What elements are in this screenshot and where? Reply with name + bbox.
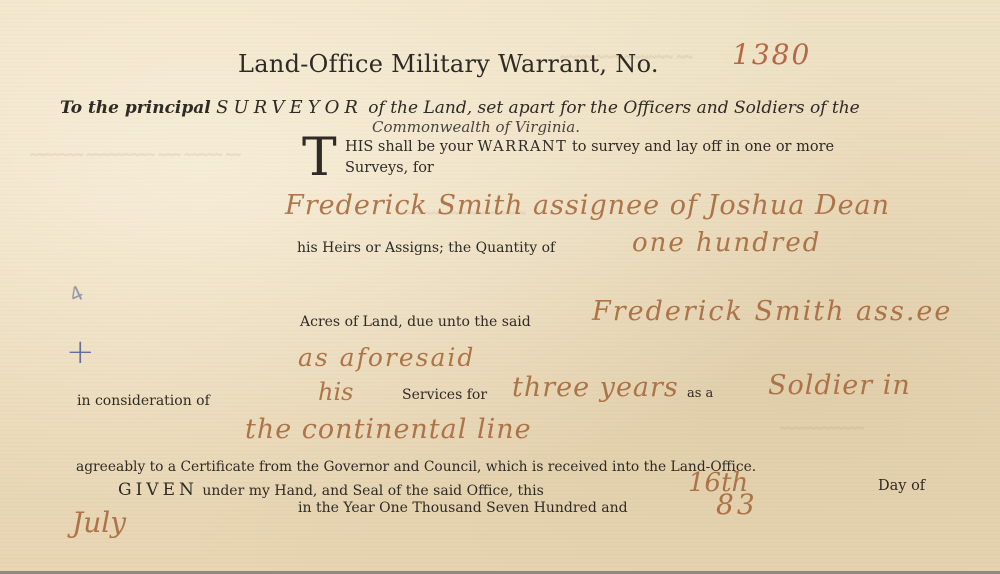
intro-line-1: HIS shall be your WARRANT to survey and … xyxy=(345,139,834,155)
address-line: To the principal SURVEYOR of the Land, s… xyxy=(60,97,860,118)
address-prefix: To the principal xyxy=(60,98,211,118)
bleed-through-text: ~~~~~~~ ~~~~~~~~~ ~~~ ~~~~~ ~~ xyxy=(30,148,241,164)
certificate-line: agreeably to a Certificate from the Gove… xyxy=(76,459,756,475)
line-handwritten: the continental line xyxy=(245,414,532,445)
warrant-document: ~~~~ ~~~ ~~~~~~ ~~ ~~~~~~~ ~~~~~~~~~ ~~~… xyxy=(0,0,1000,574)
drop-cap: T xyxy=(302,132,337,184)
day-of-label: Day of xyxy=(878,478,925,494)
role-handwritten: Soldier in xyxy=(768,370,911,401)
address-suffix: of the Land, set apart for the Officers … xyxy=(368,98,859,118)
acres-label: Acres of Land, due unto the said xyxy=(300,314,531,330)
intro-text-rest: to survey and lay off in one or more xyxy=(572,139,834,155)
given-label: GIVEN xyxy=(118,480,198,500)
blue-cross-mark: + xyxy=(66,332,95,372)
given-rest: under my Hand, and Seal of the said Offi… xyxy=(202,483,544,499)
heirs-label: his Heirs or Assigns; the Quantity of xyxy=(297,240,555,256)
month-handwritten: July xyxy=(72,506,126,539)
intro-line-2: Surveys, for xyxy=(345,160,434,176)
commonwealth-line: Commonwealth of Virginia. xyxy=(372,118,580,136)
term-handwritten: three years xyxy=(512,372,679,403)
bleed-through-text: ~~~~~~~~~~~~ xyxy=(780,420,864,436)
warrant-number: 1380 xyxy=(732,38,811,71)
warrant-word: WARRANT xyxy=(478,139,568,155)
year-label: in the Year One Thousand Seven Hundred a… xyxy=(298,500,628,516)
given-line: GIVEN under my Hand, and Seal of the sai… xyxy=(118,480,544,500)
acres-name-handwritten: Frederick Smith ass.ee xyxy=(592,296,952,327)
blue-pencil-mark: 4 xyxy=(66,280,88,307)
as-a-label: as a xyxy=(687,386,713,401)
surveyor-label: SURVEYOR xyxy=(216,97,363,118)
grantee-handwritten: Frederick Smith assignee of Joshua Dean xyxy=(285,190,890,221)
document-title: Land-Office Military Warrant, No. xyxy=(238,50,659,78)
services-label: Services for xyxy=(402,387,487,403)
intro-text: HIS shall be your xyxy=(345,139,473,155)
aforesaid-handwritten: as aforesaid xyxy=(298,343,475,372)
year-handwritten: 83 xyxy=(716,488,758,521)
consideration-label: in consideration of xyxy=(77,393,210,409)
quantity-handwritten: one hundred xyxy=(632,228,821,258)
his-handwritten: his xyxy=(318,378,353,406)
